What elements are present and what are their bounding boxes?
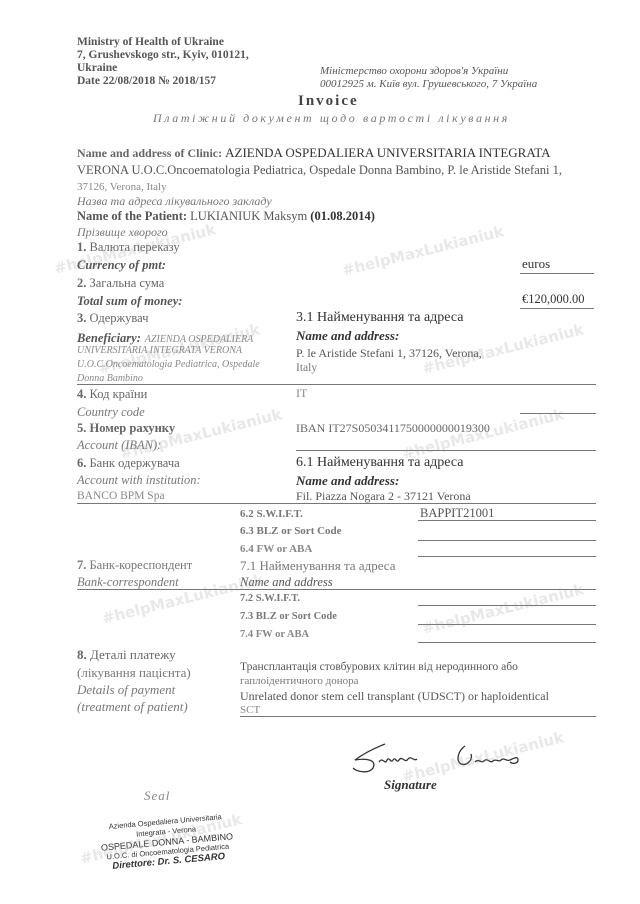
clinic-address-line3: 37126, Verona, Italy <box>77 180 167 194</box>
correspondent-swift-underline <box>418 605 596 606</box>
country-label-en: Country code <box>77 405 145 420</box>
bank-addr-value: Fil. Piazza Nogara 2 - 37121 Verona <box>296 489 471 503</box>
sender-ua-line1: Міністерство охорони здоров'я України <box>320 65 537 78</box>
seal-label: Seal <box>144 788 170 804</box>
correspondent-addr-label-ua: 7.1 Найменування та адреса <box>240 558 396 574</box>
details-label-ua2: (лікування пацієнта) <box>77 665 191 681</box>
bank-label-ua: 6. Банк одержувача <box>77 456 180 471</box>
correspondent-divider <box>77 589 596 590</box>
bank-swift-label: 6.2 S.W.I.F.T. <box>240 507 303 521</box>
clinic-line1: Name and address of Clinic: AZIENDA OSPE… <box>77 146 551 160</box>
patient-label-ua: Прізвище хворого <box>77 225 168 240</box>
sender-ua-line2: 00012925 м. Київ вул. Грушевського, 7 Ук… <box>320 78 537 91</box>
correspondent-blz-label: 7.3 BLZ or Sort Code <box>240 610 337 624</box>
beneficiary-value-line1: AZIENDA OSPEDALIERA <box>145 334 253 345</box>
details-label-ua1: 8. Деталі платежу <box>77 647 176 663</box>
bank-addr-label-en: Name and address: <box>296 473 399 489</box>
clinic-label: Name and address of Clinic: <box>77 146 222 160</box>
currency-label-ua: 1. Валюта переказу <box>77 240 180 255</box>
bank-addr-label-ua: 6.1 Найменування та адреса <box>296 455 463 471</box>
patient-label: Name of the Patient: <box>77 209 187 223</box>
bank-fw-underline <box>418 556 596 557</box>
country-value: IT <box>296 386 307 400</box>
details-label-en2: (treatment of patient) <box>77 699 188 715</box>
sender-ua-block: Міністерство охорони здоров'я України 00… <box>320 65 537 91</box>
beneficiary-addr-line1: P. le Aristide Stefani 1, 37126, Verona, <box>296 346 482 360</box>
bank-swift-underline <box>418 520 596 521</box>
clinic-label-ua: Назва та адреса лікувального закладу <box>77 194 272 209</box>
beneficiary-label-en: Beneficiary: <box>77 331 141 345</box>
correspondent-label-ua: 7. Банк-кореспондент <box>77 558 192 573</box>
correspondent-fw-underline <box>418 642 596 643</box>
correspondent-blz-underline <box>418 624 596 625</box>
beneficiary-label-ua: 3. Одержувач <box>77 311 148 326</box>
total-label-ua: 2. Загальна сума <box>77 276 164 291</box>
details-value-ua1: Трансплантація стовбурових клітин від не… <box>240 660 518 674</box>
details-value-en1: Unrelated donor stem cell transplant (UD… <box>240 689 549 703</box>
account-label-en: Account (IBAN): <box>77 438 161 453</box>
bank-blz-underline <box>418 540 596 541</box>
currency-value: euros <box>522 257 550 271</box>
beneficiary-addr-label-en: Name and address: <box>296 328 399 344</box>
account-label-ua: 5. Номер рахунку <box>77 421 175 436</box>
bank-swift-value: BAPPIT21001 <box>420 506 494 520</box>
bank-label-en: Account with institution: <box>77 473 201 488</box>
clinic-address-line2: VERONA U.O.C.Oncoematologia Pediatrica, … <box>77 163 562 177</box>
sender-en-line2: 7, Grushevskogo str., Kyiv, 010121, <box>77 49 249 62</box>
invoice-date-number: Date 22/08/2018 № 2018/157 <box>77 75 249 88</box>
patient-dob: (01.08.2014) <box>310 209 375 223</box>
bank-fw-label: 6.4 FW or ABA <box>240 542 312 556</box>
details-value-ua2: гаплоідентичного донора <box>240 674 359 688</box>
total-underline <box>520 308 594 309</box>
bank-blz-label: 6.3 BLZ or Sort Code <box>240 524 342 538</box>
sender-en-block: Ministry of Health of Ukraine 7, Grushev… <box>77 36 249 88</box>
currency-label-en: Currency of pmt: <box>77 258 166 273</box>
sender-en-line1: Ministry of Health of Ukraine <box>77 36 249 49</box>
signature-label: Signature <box>384 777 437 793</box>
details-underline <box>240 716 596 717</box>
clinic-name: AZIENDA OSPEDALIERA UNIVERSITARIA INTEGR… <box>225 145 550 160</box>
beneficiary-value-line2: UNIVERSITARIA INTEGRATA VERONA <box>77 345 242 356</box>
bank-divider <box>77 503 596 504</box>
account-underline <box>296 450 596 451</box>
seal-stamp: Azienda Ospedaliera Universitaria Integr… <box>90 811 244 874</box>
total-label-en: Total sum of money: <box>77 294 182 309</box>
correspondent-swift-label: 7.2 S.W.I.F.T. <box>240 592 300 606</box>
correspondent-addr-label-en: Name and address <box>240 575 333 590</box>
beneficiary-addr-label-ua: 3.1 Найменування та адреса <box>296 310 463 326</box>
details-value-en2: SCT <box>240 703 260 717</box>
country-label-ua: 4. Код країни <box>77 387 147 402</box>
details-label-en1: Details of payment <box>77 682 175 698</box>
patient-name: LUKIANIUK Maksym <box>190 209 307 223</box>
signature-scribble-icon <box>345 738 565 780</box>
beneficiary-value-line3: U.O.C.Oncoematologia Pediatrica, Ospedal… <box>77 359 260 370</box>
patient-line: Name of the Patient: LUKIANIUK Maksym (0… <box>77 209 375 223</box>
beneficiary-divider <box>77 384 596 385</box>
document-subtitle: Платіжний документ щодо вартості лікуван… <box>153 111 510 126</box>
bank-name-value: BANCO BPM Spa <box>77 489 165 503</box>
iban-value: IBAN IT27S0503411750000000019300 <box>296 421 490 435</box>
watermark: #helpMaxLukianiuk <box>340 222 505 280</box>
currency-underline <box>520 273 594 274</box>
correspondent-label-en: Bank-correspondent <box>77 575 179 590</box>
document-title: Invoice <box>298 93 359 110</box>
beneficiary-addr-line2: Italy <box>296 361 317 375</box>
sender-en-line3: Ukraine <box>77 62 249 75</box>
beneficiary-value-line4: Donna Bambino <box>77 373 143 384</box>
country-underline <box>520 413 596 414</box>
correspondent-fw-label: 7.4 FW or ABA <box>240 628 309 642</box>
total-value: €120,000.00 <box>522 292 585 306</box>
